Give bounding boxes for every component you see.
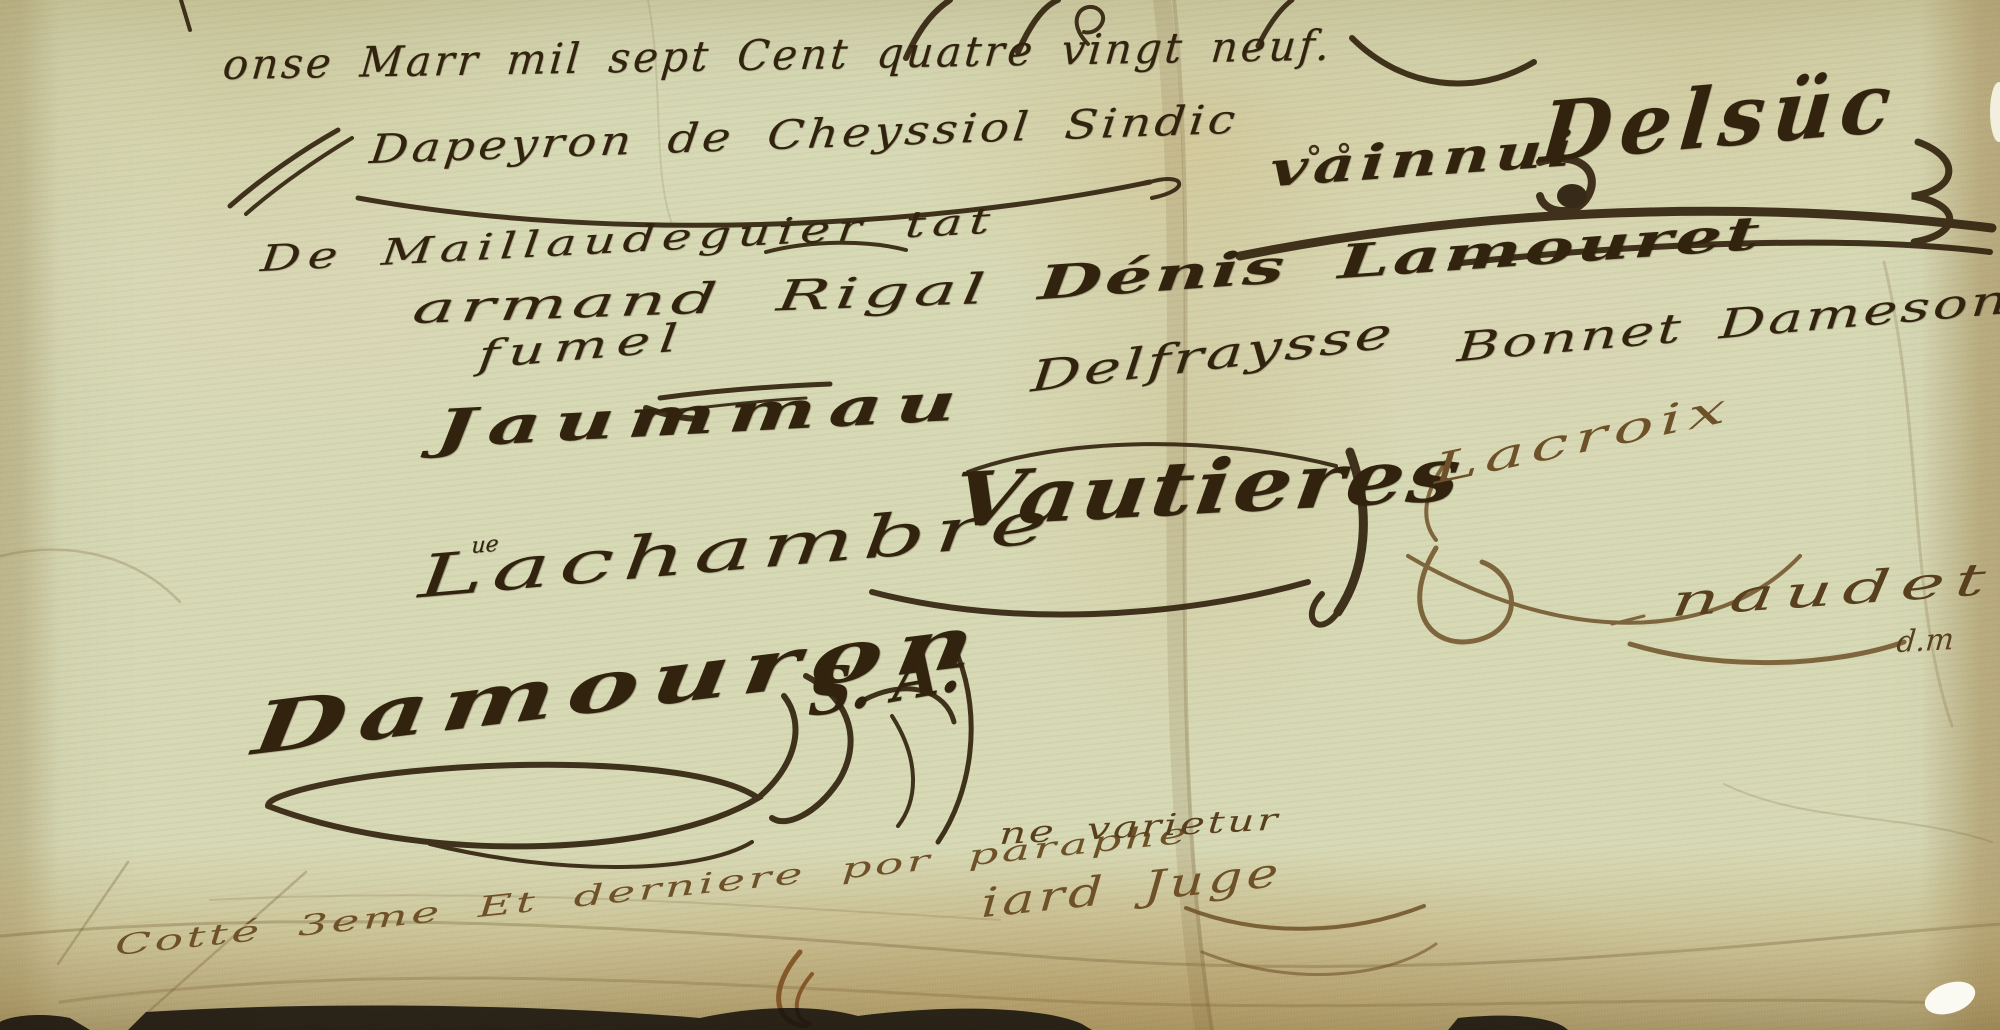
bottom-dark-edge-strip <box>128 1005 1092 1030</box>
bottom-dark-edge-left <box>0 1015 90 1030</box>
margin-slash-2 <box>246 138 352 214</box>
bottom-crease-2 <box>60 978 1960 1006</box>
delsuc-tail-flourish <box>1912 142 1950 242</box>
juge-flourish-1 <box>1186 906 1424 929</box>
margin-slash-1 <box>230 130 338 206</box>
damouron-ellipse-flourish <box>268 765 758 847</box>
naudet-underline <box>1630 642 1904 663</box>
juge-flourish-2 <box>1202 944 1436 975</box>
bottom-dark-edge-blob <box>1448 1016 1568 1030</box>
right-edge-highlight <box>1990 82 2000 142</box>
vautieres-end-loop <box>1312 594 1338 625</box>
signature-lachambre-superscript: ue <box>471 534 499 559</box>
lacroix-loop <box>1420 548 1512 642</box>
left-crease <box>0 550 180 602</box>
paraph-stroke-4 <box>892 716 913 826</box>
vainnui-ink-blot <box>1557 184 1587 208</box>
damouron-tail <box>758 696 796 798</box>
signature-dm-initials: d.m <box>1895 625 1955 658</box>
top-cutoff-sweep <box>1352 38 1534 84</box>
top-cutoff-stroke-4 <box>181 0 190 30</box>
mid-right-crease <box>1724 784 1992 842</box>
paper-tear-highlight <box>1921 976 1980 1021</box>
manuscript-page: onse Marr mil sept Cent quatre vingt neu… <box>0 0 2000 1030</box>
